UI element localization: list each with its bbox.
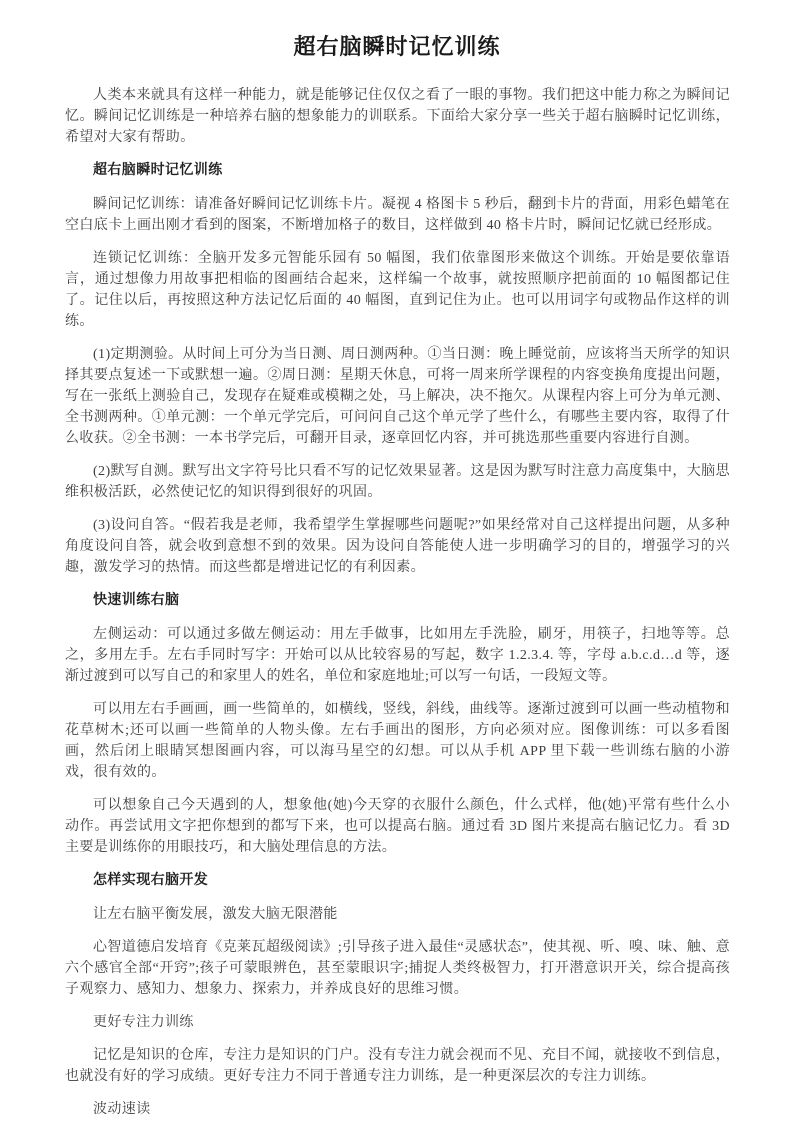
paragraph: 人类本来就具有这样一种能力，就是能够记住仅仅之看了一眼的事物。我们把这中能力称之…: [65, 85, 730, 148]
document-page: 超右脑瞬时记忆训练 人类本来就具有这样一种能力，就是能够记住仅仅之看了一眼的事物…: [0, 0, 794, 1123]
paragraph: 心智道德启发培育《克莱瓦超级阅读》;引导孩子进入最佳“灵感状态”，使其视、听、嗅…: [65, 937, 730, 1000]
paragraph: 左侧运动：可以通过多做左侧运动：用左手做事，比如用左手洗脸，刷牙，用筷子，扫地等…: [65, 624, 730, 687]
paragraph: 可以用左右手画画，画一些简单的，如横线，竖线，斜线，曲线等。逐渐过渡到可以画一些…: [65, 699, 730, 783]
paragraph: (2)默写自测。默写出文字符号比只看不写的记忆效果显著。这是因为默写时注意力高度…: [65, 461, 730, 503]
paragraph: 更好专注力训练: [65, 1012, 730, 1033]
document-body: 人类本来就具有这样一种能力，就是能够记住仅仅之看了一眼的事物。我们把这中能力称之…: [65, 85, 730, 1120]
paragraph: 让左右脑平衡发展，激发大脑无限潜能: [65, 904, 730, 925]
paragraph: 瞬间记忆训练：请准备好瞬间记忆训练卡片。凝视 4 格图卡 5 秒后，翻到卡片的背…: [65, 194, 730, 236]
section-heading: 怎样实现右脑开发: [65, 870, 730, 891]
paragraph: (1)定期测验。从时间上可分为当日测、周日测两种。①当日测：晚上睡觉前，应该将当…: [65, 344, 730, 449]
document-title: 超右脑瞬时记忆训练: [40, 33, 754, 61]
paragraph: (3)设问自答。“假若我是老师，我希望学生掌握哪些问题呢?”如果经常对自己这样提…: [65, 515, 730, 578]
paragraph: 连锁记忆训练：全脑开发多元智能乐园有 50 幅图，我们依靠图形来做这个训练。开始…: [65, 248, 730, 332]
paragraph: 可以想象自己今天遇到的人，想象他(她)今天穿的衣服什么颜色，什么式样，他(她)平…: [65, 795, 730, 858]
section-heading: 快速训练右脑: [65, 590, 730, 611]
paragraph: 记忆是知识的仓库，专注力是知识的门户。没有专注力就会视而不见、充目不闻，就接收不…: [65, 1045, 730, 1087]
paragraph: 波动速读: [65, 1099, 730, 1120]
section-heading: 超右脑瞬时记忆训练: [65, 160, 730, 181]
